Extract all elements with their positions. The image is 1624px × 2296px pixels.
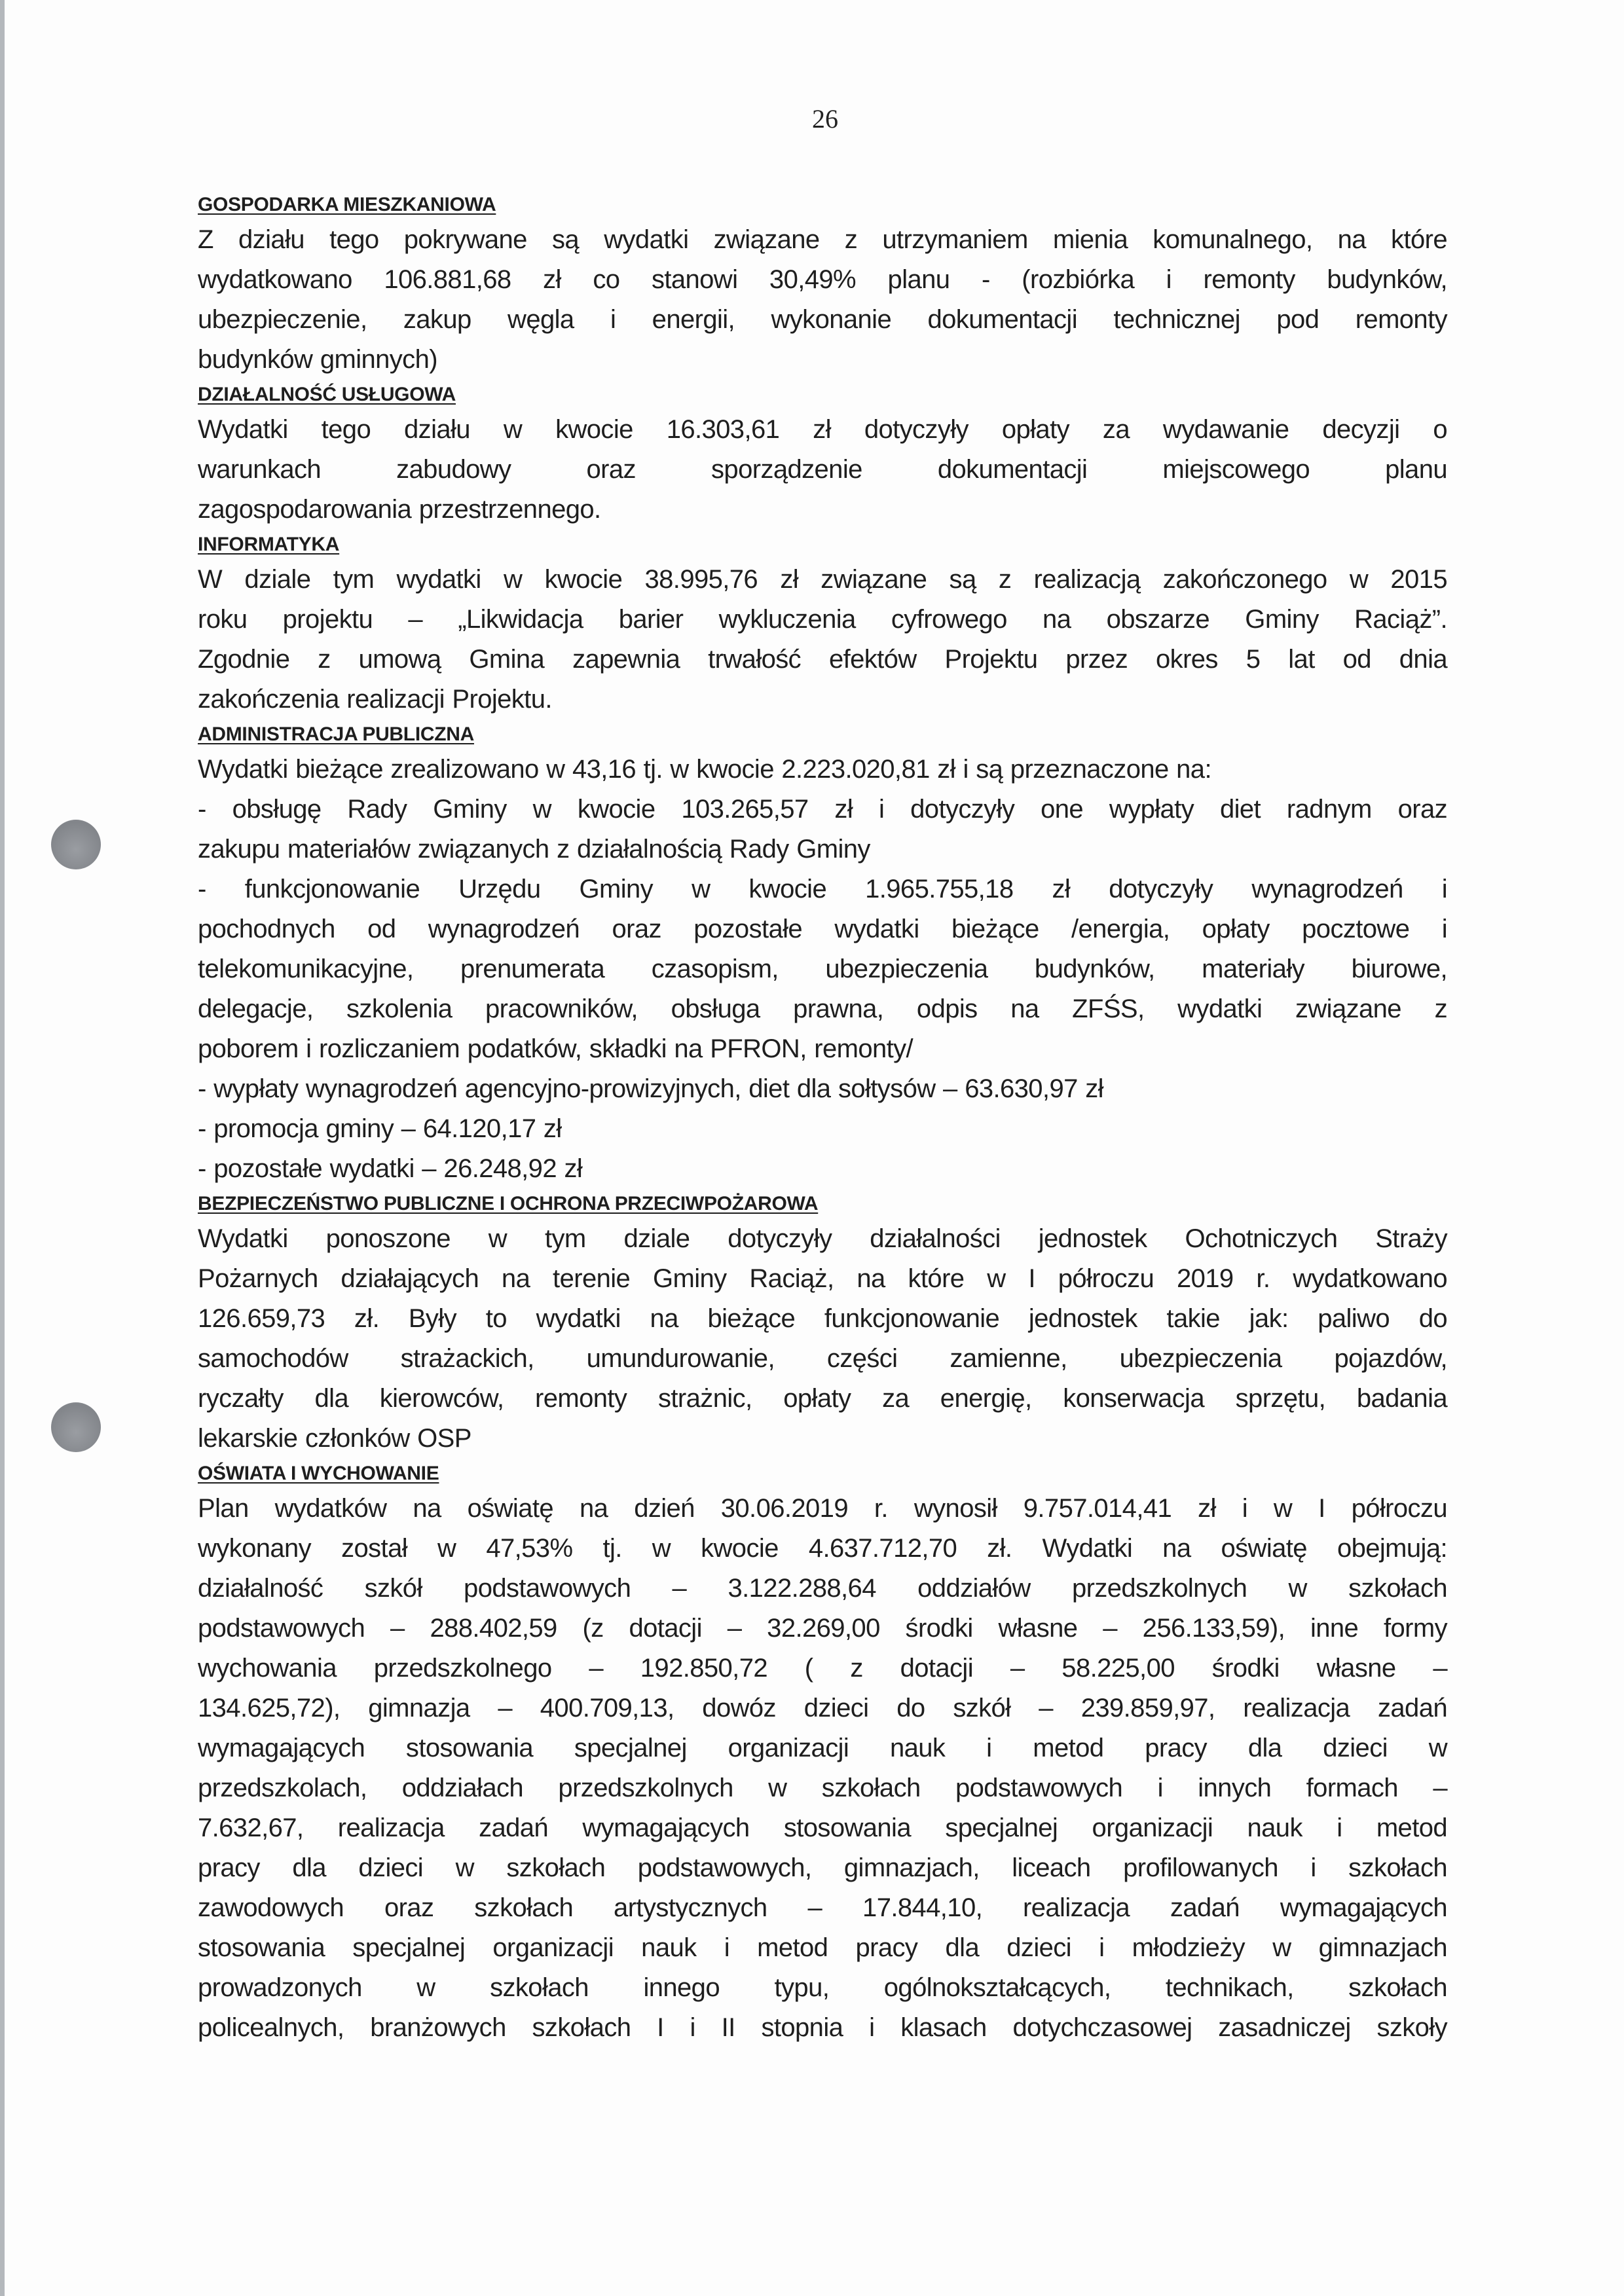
document-section: OŚWIATA I WYCHOWANIEPlan wydatków na ośw… — [198, 1459, 1447, 2048]
text-line: 7.632,67, realizacja zadań wymagających … — [198, 1808, 1447, 1848]
section-paragraph: Wydatki bieżące zrealizowano w 43,16 tj.… — [198, 750, 1447, 1189]
page-number: 26 — [0, 103, 1624, 134]
section-paragraph: Plan wydatków na oświatę na dzień 30.06.… — [198, 1489, 1447, 2048]
text-line: stosowania specjalnej organizacji nauk i… — [198, 1928, 1447, 1968]
text-line: Wydatki ponoszone w tym dziale dotyczyły… — [198, 1219, 1447, 1259]
text-line: samochodów strażackich, umundurowanie, c… — [198, 1339, 1447, 1379]
text-line: prowadzonych w szkołach innego typu, ogó… — [198, 1968, 1447, 2008]
section-paragraph: W dziale tym wydatki w kwocie 38.995,76 … — [198, 560, 1447, 720]
text-line: 134.625,72), gimnazja – 400.709,13, dowó… — [198, 1688, 1447, 1728]
text-line: Pożarnych działających na terenie Gminy … — [198, 1259, 1447, 1299]
document-section: BEZPIECZEŃSTWO PUBLICZNE I OCHRONA PRZEC… — [198, 1189, 1447, 1459]
text-line: Zgodnie z umową Gmina zapewnia trwałość … — [198, 640, 1447, 680]
scan-edge-strip — [0, 0, 5, 2296]
document-section: GOSPODARKA MIESZKANIOWAZ działu tego pok… — [198, 190, 1447, 380]
text-line: - funkcjonowanie Urzędu Gminy w kwocie 1… — [198, 869, 1447, 909]
section-heading: DZIAŁALNOŚĆ USŁUGOWA — [198, 380, 1447, 410]
text-line: pracy dla dzieci w szkołach podstawowych… — [198, 1848, 1447, 1888]
text-line: zawodowych oraz szkołach artystycznych –… — [198, 1888, 1447, 1928]
section-heading: GOSPODARKA MIESZKANIOWA — [198, 190, 1447, 220]
section-paragraph: Wydatki ponoszone w tym dziale dotyczyły… — [198, 1219, 1447, 1459]
section-heading: ADMINISTRACJA PUBLICZNA — [198, 720, 1447, 750]
text-line: ryczałty dla kierowców, remonty strażnic… — [198, 1379, 1447, 1419]
text-line: budynków gminnych) — [198, 340, 1447, 380]
text-line: - wypłaty wynagrodzeń agencyjno-prowizyj… — [198, 1069, 1447, 1109]
text-line: Plan wydatków na oświatę na dzień 30.06.… — [198, 1489, 1447, 1529]
text-line: wykonany został w 47,53% tj. w kwocie 4.… — [198, 1529, 1447, 1569]
text-line: Wydatki tego działu w kwocie 16.303,61 z… — [198, 410, 1447, 450]
section-heading: INFORMATYKA — [198, 530, 1447, 560]
text-line: - obsługę Rady Gminy w kwocie 103.265,57… — [198, 790, 1447, 829]
document-section: DZIAŁALNOŚĆ USŁUGOWAWydatki tego działu … — [198, 380, 1447, 530]
text-line: telekomunikacyjne, prenumerata czasopism… — [198, 949, 1447, 989]
section-heading: OŚWIATA I WYCHOWANIE — [198, 1459, 1447, 1489]
punch-hole-mark — [51, 820, 101, 869]
text-line: policealnych, branżowych szkołach I i II… — [198, 2008, 1447, 2048]
text-line: - pozostałe wydatki – 26.248,92 zł — [198, 1149, 1447, 1189]
text-line: podstawowych – 288.402,59 (z dotacji – 3… — [198, 1609, 1447, 1649]
section-heading: BEZPIECZEŃSTWO PUBLICZNE I OCHRONA PRZEC… — [198, 1189, 1447, 1219]
text-line: zakończenia realizacji Projektu. — [198, 680, 1447, 720]
text-line: zakupu materiałów związanych z działalno… — [198, 829, 1447, 869]
text-line: pochodnych od wynagrodzeń oraz pozostałe… — [198, 909, 1447, 949]
text-line: lekarskie członków OSP — [198, 1419, 1447, 1459]
text-line: ubezpieczenie, zakup węgla i energii, wy… — [198, 300, 1447, 340]
document-body: GOSPODARKA MIESZKANIOWAZ działu tego pok… — [198, 190, 1447, 2048]
text-line: działalność szkół podstawowych – 3.122.2… — [198, 1569, 1447, 1609]
text-line: 126.659,73 zł. Były to wydatki na bieżąc… — [198, 1299, 1447, 1339]
text-line: przedszkolach, oddziałach przedszkolnych… — [198, 1768, 1447, 1808]
text-line: delegacje, szkolenia pracowników, obsług… — [198, 989, 1447, 1029]
text-line: zagospodarowania przestrzennego. — [198, 490, 1447, 530]
text-line: wychowania przedszkolnego – 192.850,72 (… — [198, 1649, 1447, 1688]
section-paragraph: Z działu tego pokrywane są wydatki związ… — [198, 220, 1447, 380]
punch-hole-mark — [51, 1402, 101, 1452]
section-paragraph: Wydatki tego działu w kwocie 16.303,61 z… — [198, 410, 1447, 530]
text-line: - promocja gminy – 64.120,17 zł — [198, 1109, 1447, 1149]
text-line: wydatkowano 106.881,68 zł co stanowi 30,… — [198, 260, 1447, 300]
text-line: W dziale tym wydatki w kwocie 38.995,76 … — [198, 560, 1447, 600]
document-section: ADMINISTRACJA PUBLICZNAWydatki bieżące z… — [198, 720, 1447, 1189]
text-line: Z działu tego pokrywane są wydatki związ… — [198, 220, 1447, 260]
text-line: warunkach zabudowy oraz sporządzenie dok… — [198, 450, 1447, 490]
text-line: wymagających stosowania specjalnej organ… — [198, 1728, 1447, 1768]
text-line: roku projektu – „Likwidacja barier wyklu… — [198, 600, 1447, 640]
document-section: INFORMATYKAW dziale tym wydatki w kwocie… — [198, 530, 1447, 720]
text-line: Wydatki bieżące zrealizowano w 43,16 tj.… — [198, 750, 1447, 790]
text-line: poborem i rozliczaniem podatków, składki… — [198, 1029, 1447, 1069]
